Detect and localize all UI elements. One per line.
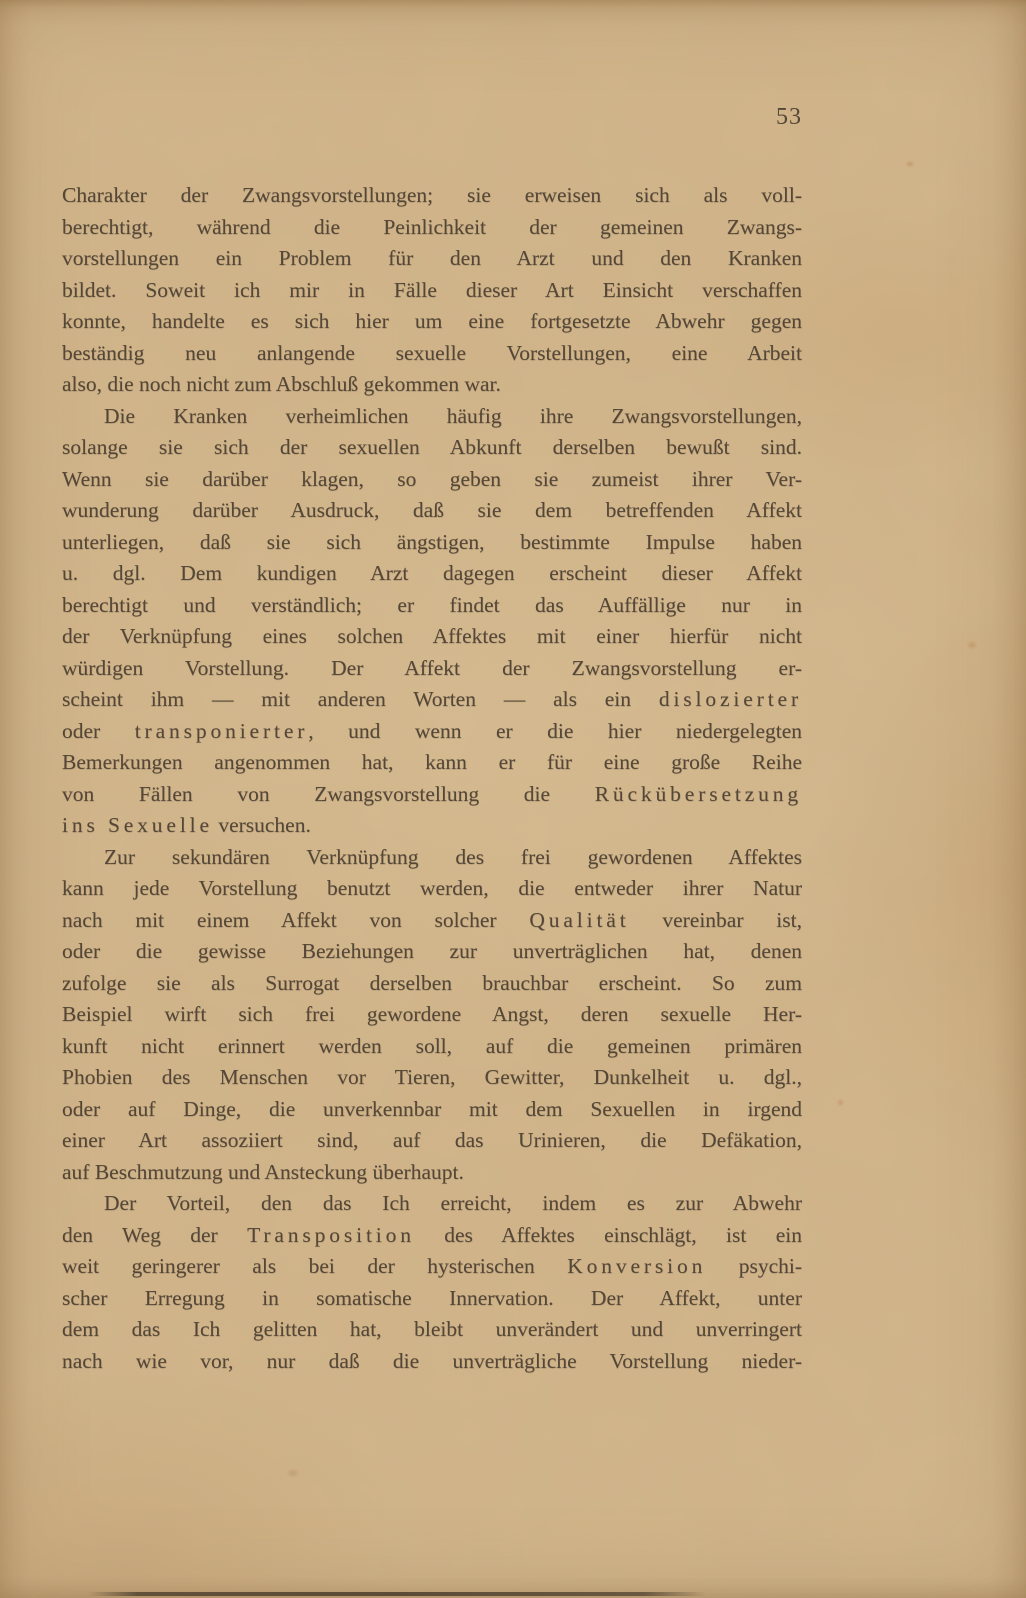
text-line: nach mit einem Affekt von solcher Qualit… xyxy=(62,905,802,937)
page-number: 53 xyxy=(62,104,802,131)
text-segment: unterliegen, daß sie sich ängstigen, bes… xyxy=(62,530,802,554)
text-line: unterliegen, daß sie sich ängstigen, bes… xyxy=(62,527,802,559)
text-line: kunft nicht erinnert werden soll, auf di… xyxy=(62,1031,802,1063)
text-segment: versuchen. xyxy=(213,813,311,837)
text-line: der Verknüpfung eines solchen Affektes m… xyxy=(62,621,802,653)
text-segment: Die Kranken verheimlichen häufig ihre Zw… xyxy=(104,404,802,428)
foxing-stain xyxy=(966,640,978,650)
text-line: berechtigt und verständlich; er findet d… xyxy=(62,590,802,622)
text-line: beständig neu anlangende sexuelle Vorste… xyxy=(62,338,802,370)
emphasized-text: Qualität xyxy=(529,908,629,932)
text-segment: u. dgl. Dem kundigen Arzt dagegen ersche… xyxy=(62,561,802,585)
text-block: Charakter der Zwangsvorstellungen; sie e… xyxy=(62,180,802,1377)
text-line: oder auf Dinge, die unverkennbar mit dem… xyxy=(62,1094,802,1126)
text-line: konnte, handelte es sich hier um eine fo… xyxy=(62,306,802,338)
text-segment: berechtigt und verständlich; er findet d… xyxy=(62,593,802,617)
text-line: Wenn sie darüber klagen, so geben sie zu… xyxy=(62,464,802,496)
text-line: Charakter der Zwangsvorstellungen; sie e… xyxy=(62,180,802,212)
text-line: Der Vorteil, den das Ich erreicht, indem… xyxy=(62,1188,802,1220)
text-segment: vorstellungen ein Problem für den Arzt u… xyxy=(62,246,802,270)
emphasized-text: dislozierter xyxy=(659,687,802,711)
text-line: auf Beschmutzung und Ansteckung überhaup… xyxy=(62,1157,802,1189)
text-segment: oder auf Dinge, die unverkennbar mit dem… xyxy=(62,1097,802,1121)
text-segment: dem das Ich gelitten hat, bleibt unverän… xyxy=(62,1317,802,1341)
text-segment: kann jede Vorstellung benutzt werden, di… xyxy=(62,876,802,900)
text-line: u. dgl. Dem kundigen Arzt dagegen ersche… xyxy=(62,558,802,590)
foxing-stain xyxy=(286,1468,300,1478)
text-line: von Fällen von Zwangsvorstellung die Rüc… xyxy=(62,779,802,811)
text-segment: Beispiel wirft sich frei gewordene Angst… xyxy=(62,1002,802,1026)
text-segment: auf Beschmutzung und Ansteckung überhaup… xyxy=(62,1160,464,1184)
text-line: den Weg der Transposition des Affektes e… xyxy=(62,1220,802,1252)
text-segment: Bemerkungen angenommen hat, kann er für … xyxy=(62,750,802,774)
text-segment: des Affektes einschlägt, ist ein xyxy=(415,1223,802,1247)
text-segment: Der Vorteil, den das Ich erreicht, indem… xyxy=(104,1191,802,1215)
text-segment: scher Erregung in somatische Innervation… xyxy=(62,1286,802,1310)
text-line: würdigen Vorstellung. Der Affekt der Zwa… xyxy=(62,653,802,685)
text-line: vorstellungen ein Problem für den Arzt u… xyxy=(62,243,802,275)
emphasized-text: Rückübersetzung xyxy=(595,782,802,806)
text-line: oder die gewisse Beziehungen zur unvertr… xyxy=(62,936,802,968)
text-line: dem das Ich gelitten hat, bleibt unverän… xyxy=(62,1314,802,1346)
book-page: 53 Charakter der Zwangsvorstellungen; si… xyxy=(0,0,1026,1598)
text-segment: zufolge sie als Surrogat derselben brauc… xyxy=(62,971,802,995)
text-segment: Charakter der Zwangsvorstellungen; sie e… xyxy=(62,183,802,207)
text-segment: Zur sekundären Verknüpfung des frei gewo… xyxy=(104,845,802,869)
text-line: Bemerkungen angenommen hat, kann er für … xyxy=(62,747,802,779)
text-segment: solange sie sich der sexuellen Abkunft d… xyxy=(62,435,802,459)
text-line: einer Art assoziiert sind, auf das Urini… xyxy=(62,1125,802,1157)
text-segment: wunderung darüber Ausdruck, daß sie dem … xyxy=(62,498,802,522)
foxing-stain xyxy=(905,160,915,168)
text-segment: psychi- xyxy=(706,1254,802,1278)
text-segment: Wenn sie darüber klagen, so geben sie zu… xyxy=(62,467,802,491)
text-segment: oder die gewisse Beziehungen zur unvertr… xyxy=(62,939,802,963)
text-segment: bildet. Soweit ich mir in Fälle dieser A… xyxy=(62,278,802,302)
text-segment: nach wie vor, nur daß die unverträgliche… xyxy=(62,1349,802,1373)
text-line: oder transponierter, und wenn er die hie… xyxy=(62,716,802,748)
text-line: berechtigt, während die Peinlichkeit der… xyxy=(62,212,802,244)
text-segment: scheint ihm — mit anderen Worten — als e… xyxy=(62,687,659,711)
text-segment: nach mit einem Affekt von solcher xyxy=(62,908,529,932)
text-line: solange sie sich der sexuellen Abkunft d… xyxy=(62,432,802,464)
text-line: scher Erregung in somatische Innervation… xyxy=(62,1283,802,1315)
text-segment: weit geringerer als bei der hysterischen xyxy=(62,1254,567,1278)
text-segment: vereinbar ist, xyxy=(630,908,802,932)
text-segment: einer Art assoziiert sind, auf das Urini… xyxy=(62,1128,802,1152)
text-line: also, die noch nicht zum Abschluß gekomm… xyxy=(62,369,802,401)
text-segment: also, die noch nicht zum Abschluß gekomm… xyxy=(62,372,501,396)
text-segment: berechtigt, während die Peinlichkeit der… xyxy=(62,215,802,239)
text-line: kann jede Vorstellung benutzt werden, di… xyxy=(62,873,802,905)
text-line: weit geringerer als bei der hysterischen… xyxy=(62,1251,802,1283)
text-line: scheint ihm — mit anderen Worten — als e… xyxy=(62,684,802,716)
text-line: Die Kranken verheimlichen häufig ihre Zw… xyxy=(62,401,802,433)
text-segment: der Verknüpfung eines solchen Affektes m… xyxy=(62,624,802,648)
text-line: wunderung darüber Ausdruck, daß sie dem … xyxy=(62,495,802,527)
emphasized-text: transponierter xyxy=(135,719,309,743)
text-segment: beständig neu anlangende sexuelle Vorste… xyxy=(62,341,802,365)
text-segment: von Fällen von Zwangsvorstellung die xyxy=(62,782,595,806)
text-line: bildet. Soweit ich mir in Fälle dieser A… xyxy=(62,275,802,307)
foxing-stain xyxy=(836,1098,845,1107)
emphasized-text: Transposition xyxy=(247,1223,415,1247)
emphasized-text: Konversion xyxy=(567,1254,706,1278)
text-line: Beispiel wirft sich frei gewordene Angst… xyxy=(62,999,802,1031)
text-line: Phobien des Menschen vor Tieren, Gewitte… xyxy=(62,1062,802,1094)
text-line: nach wie vor, nur daß die unverträgliche… xyxy=(62,1346,802,1378)
text-line: ins Sexuelle versuchen. xyxy=(62,810,802,842)
page-edge-shadow xyxy=(88,1592,706,1596)
text-segment: , und wenn er die hier niedergelegten xyxy=(308,719,802,743)
emphasized-text: ins Sexuelle xyxy=(62,813,213,837)
text-segment: den Weg der xyxy=(62,1223,247,1247)
text-line: zufolge sie als Surrogat derselben brauc… xyxy=(62,968,802,1000)
text-line: Zur sekundären Verknüpfung des frei gewo… xyxy=(62,842,802,874)
text-segment: Phobien des Menschen vor Tieren, Gewitte… xyxy=(62,1065,802,1089)
text-segment: kunft nicht erinnert werden soll, auf di… xyxy=(62,1034,802,1058)
text-segment: oder xyxy=(62,719,135,743)
text-segment: würdigen Vorstellung. Der Affekt der Zwa… xyxy=(62,656,802,680)
text-segment: konnte, handelte es sich hier um eine fo… xyxy=(62,309,802,333)
